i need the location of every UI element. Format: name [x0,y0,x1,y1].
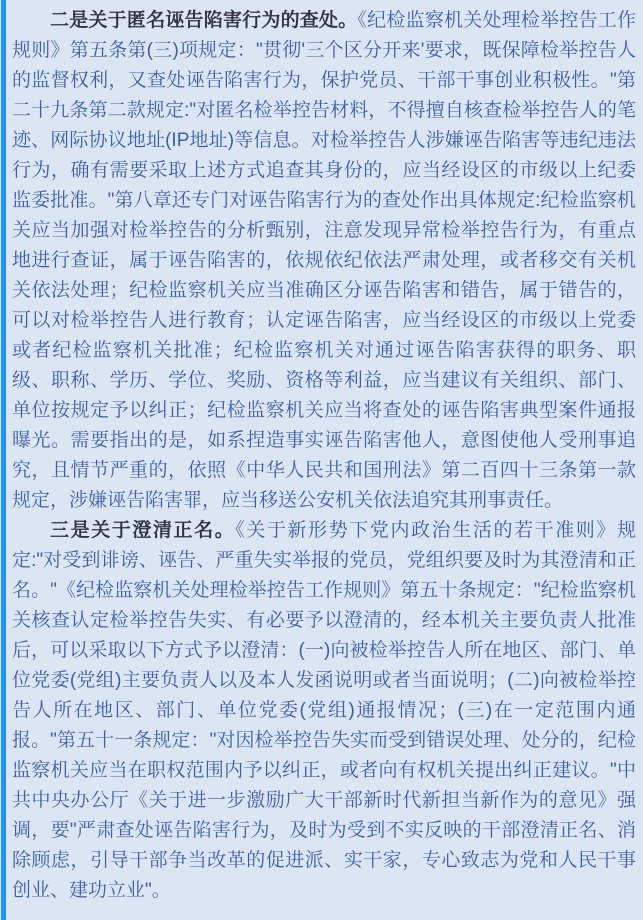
paragraph-lead: 三是关于澄清正名。 [50,520,235,541]
paragraph-anonymous-accusation-handling: 二是关于匿名诬告陷害行为的查处。《纪检监察机关处理检举控告工作规则》第五条第(三… [12,6,636,516]
article-content: 二是关于匿名诬告陷害行为的查处。《纪检监察机关处理检举控告工作规则》第五条第(三… [12,6,636,906]
paragraph-body: 《纪检监察机关处理检举控告工作规则》第五条第(三)项规定："贯彻'三个区分开来'… [12,10,636,511]
paragraph-name-clarification: 三是关于澄清正名。《关于新形势下党内政治生活的若干准则》规定:"对受到诽谤、诬告… [12,516,636,906]
left-accent-bar [1,0,6,920]
paragraph-lead: 二是关于匿名诬告陷害行为的查处。 [50,10,357,31]
paragraph-body: 《关于新形势下党内政治生活的若干准则》规定:"对受到诽谤、诬告、严重失实举报的党… [12,520,636,901]
article-page: 二是关于匿名诬告陷害行为的查处。《纪检监察机关处理检举控告工作规则》第五条第(三… [0,0,643,920]
